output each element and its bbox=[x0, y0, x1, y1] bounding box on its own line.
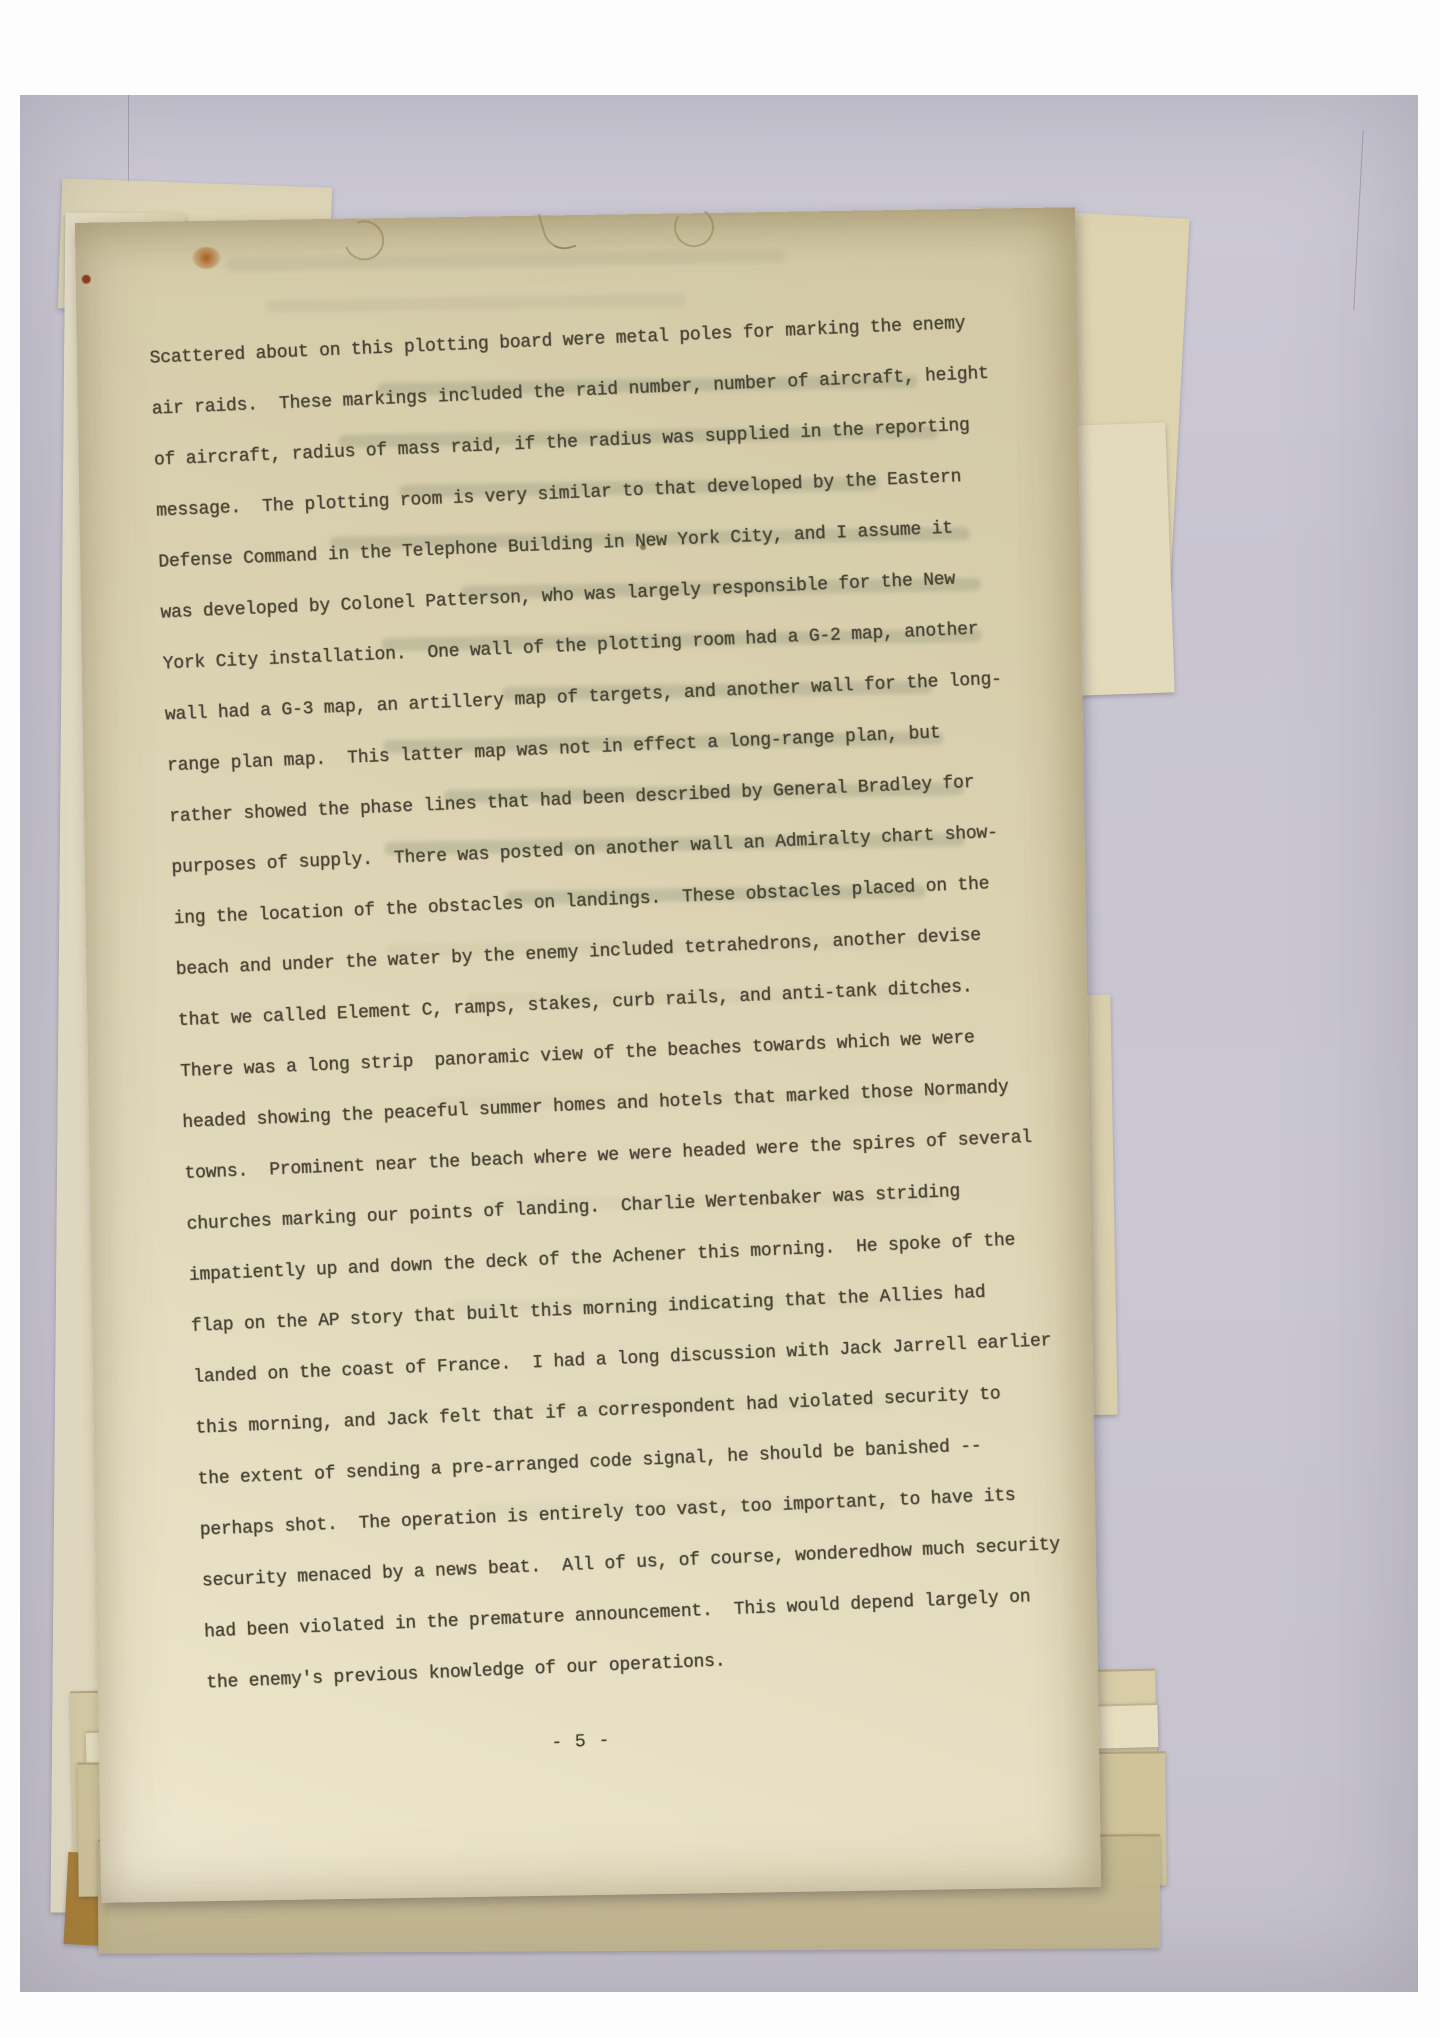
page-number: - 5 - bbox=[141, 1713, 1021, 1771]
punch-hole bbox=[671, 204, 718, 251]
bleedthrough-line bbox=[225, 250, 785, 272]
scratch-mark bbox=[538, 206, 576, 254]
photo-background: Scattered about on this plotting board w… bbox=[20, 95, 1418, 1992]
typed-text-block: Scattered about on this plotting board w… bbox=[149, 296, 1087, 1709]
background-crease bbox=[1353, 130, 1363, 310]
document-page: Scattered about on this plotting board w… bbox=[75, 207, 1101, 1903]
rust-stain bbox=[192, 247, 220, 269]
bleedthrough-line bbox=[266, 293, 686, 313]
rust-stain bbox=[82, 275, 91, 284]
scanned-document-photo: Scattered about on this plotting board w… bbox=[0, 0, 1440, 2038]
